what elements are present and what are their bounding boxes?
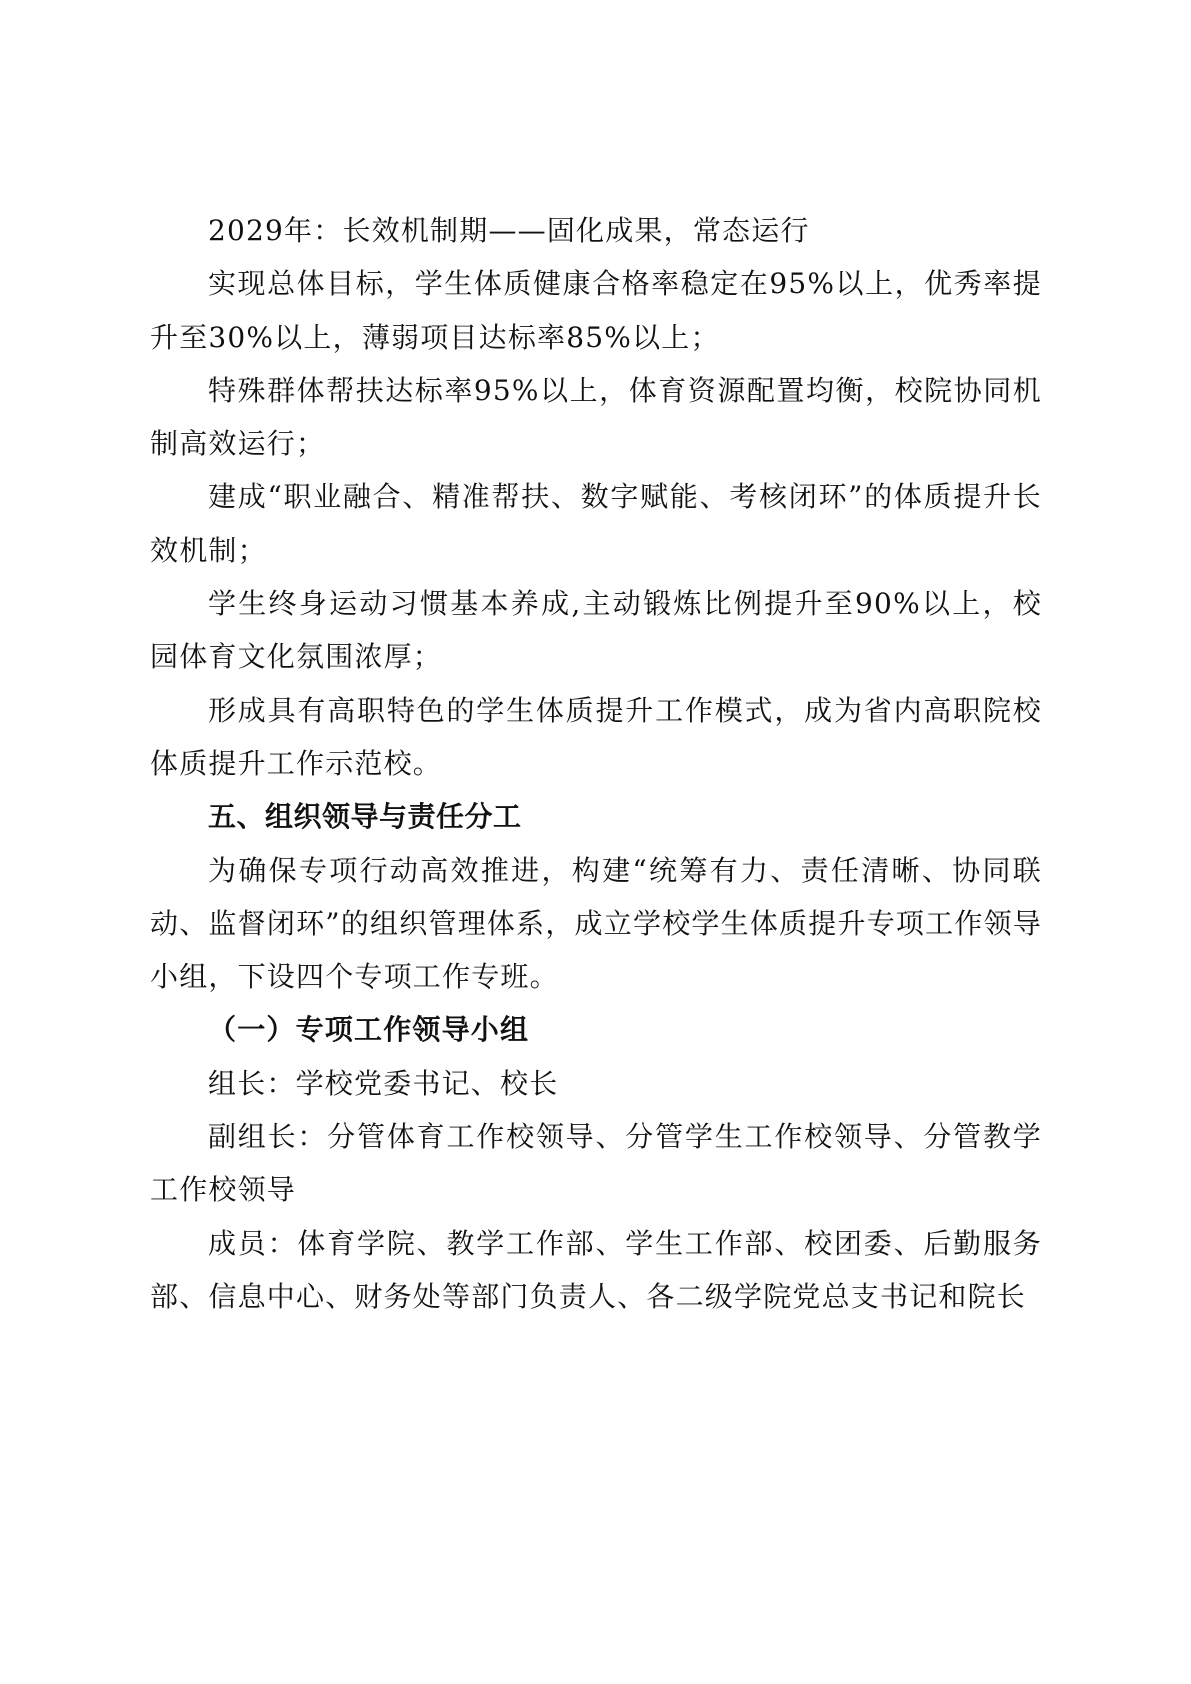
special-group-paragraph: 特殊群体帮扶达标率95%以上，体育资源配置均衡，校院协同机制高效运行； bbox=[150, 364, 1042, 471]
deputy-leader-paragraph: 副组长：分管体育工作校领导、分管学生工作校领导、分管教学工作校领导 bbox=[150, 1110, 1042, 1217]
organization-intro-paragraph: 为确保专项行动高效推进，构建“统筹有力、责任清晰、协同联动、监督闭环”的组织管理… bbox=[150, 844, 1042, 1004]
long-term-mechanism-paragraph: 建成“职业融合、精准帮扶、数字赋能、考核闭环”的体质提升长效机制； bbox=[150, 470, 1042, 577]
document-page: 2029年：长效机制期——固化成果，常态运行 实现总体目标，学生体质健康合格率稳… bbox=[150, 204, 1042, 1323]
overall-target-paragraph: 实现总体目标，学生体质健康合格率稳定在95%以上，优秀率提升至30%以上，薄弱项… bbox=[150, 257, 1042, 364]
subsection-heading-leading-group: （一）专项工作领导小组 bbox=[150, 1003, 1042, 1056]
members-paragraph: 成员：体育学院、教学工作部、学生工作部、校团委、后勤服务部、信息中心、财务处等部… bbox=[150, 1217, 1042, 1324]
exercise-habit-paragraph: 学生终身运动习惯基本养成,主动锻炼比例提升至90%以上，校园体育文化氛围浓厚； bbox=[150, 577, 1042, 684]
model-school-paragraph: 形成具有高职特色的学生体质提升工作模式，成为省内高职院校体质提升工作示范校。 bbox=[150, 684, 1042, 791]
group-leader-paragraph: 组长：学校党委书记、校长 bbox=[150, 1057, 1042, 1110]
section-heading-five: 五、组织领导与责任分工 bbox=[150, 790, 1042, 843]
phase-2029-title: 2029年：长效机制期——固化成果，常态运行 bbox=[150, 204, 1042, 257]
